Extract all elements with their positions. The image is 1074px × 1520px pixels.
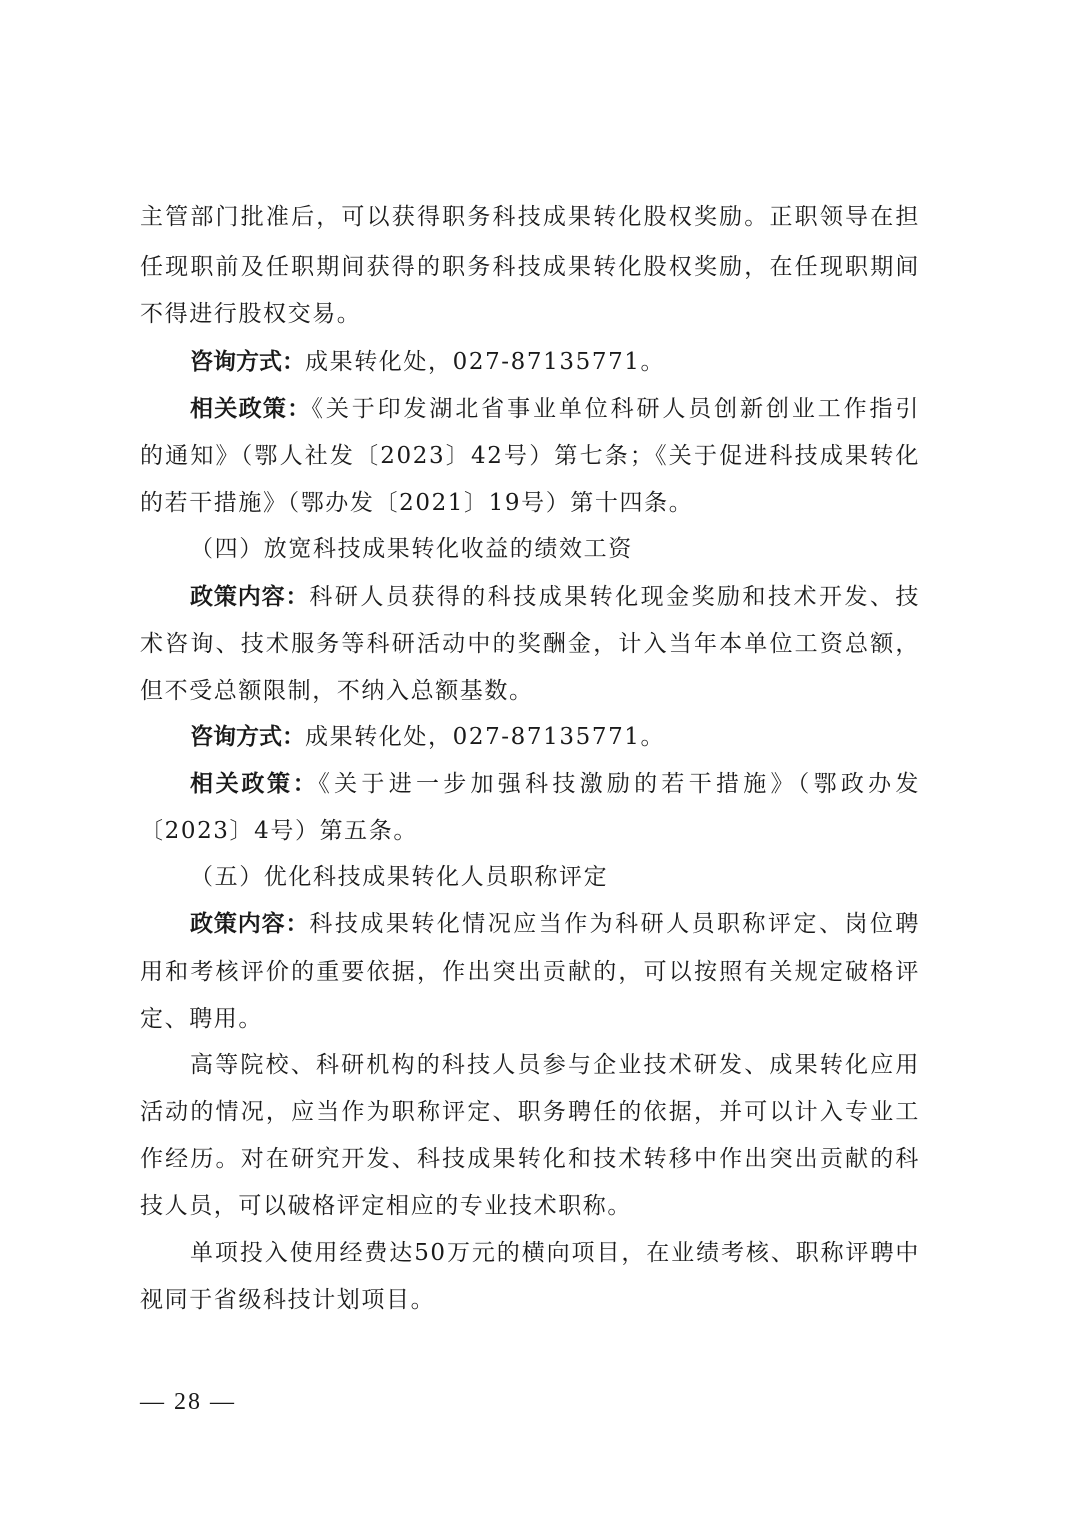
consult-value: 成果转化处，027-87135771。 xyxy=(305,724,665,750)
related-policy-value: 《关于进一步加强科技激励的若干措施》（鄂政办发 xyxy=(318,771,920,797)
policy-content-label: 政策内容： xyxy=(190,911,309,937)
policy-content-value: 科技成果转化情况应当作为科研人员职称评定、岗位聘 xyxy=(309,911,920,937)
line-text: 但不受总额限制，不纳入总额基数。 xyxy=(140,678,534,704)
line-text: 技人员，可以破格评定相应的专业技术职称。 xyxy=(140,1193,632,1219)
paragraph-line: 不得进行股权交易。 xyxy=(140,297,920,331)
policy-content-line: 政策内容：科研人员获得的科技成果转化现金奖励和技术开发、技 xyxy=(190,580,920,614)
policy-content-value: 科研人员获得的科技成果转化现金奖励和技术开发、技 xyxy=(309,584,920,610)
policy-content-label: 政策内容： xyxy=(190,584,309,610)
paragraph-line: 的通知》（鄂人社发〔2023〕42号）第七条；《关于促进科技成果转化 xyxy=(140,439,920,473)
paragraph-line: 〔2023〕4号）第五条。 xyxy=(140,814,920,848)
line-text: 任现职前及任职期间获得的职务科技成果转化股权奖励，在任现职期间 xyxy=(140,254,920,280)
line-text: 作经历。对在研究开发、科技成果转化和技术转移中作出突出贡献的科 xyxy=(140,1146,920,1172)
paragraph-line: 用和考核评价的重要依据，作出突出贡献的，可以按照有关规定破格评 xyxy=(140,955,920,989)
paragraph-line: 任现职前及任职期间获得的职务科技成果转化股权奖励，在任现职期间 xyxy=(140,250,920,284)
related-policy-line: 相关政策：《关于进一步加强科技激励的若干措施》（鄂政办发 xyxy=(190,767,920,801)
consult-contact-line: 咨询方式：成果转化处，027-87135771。 xyxy=(190,720,920,754)
related-policy-label: 相关政策： xyxy=(190,396,311,422)
line-text: 视同于省级科技计划项目。 xyxy=(140,1287,435,1313)
line-text: 术咨询、技术服务等科研活动中的奖酬金，计入当年本单位工资总额， xyxy=(140,631,920,657)
line-text: 主管部门批准后，可以获得职务科技成果转化股权奖励。正职领导在担 xyxy=(140,204,920,230)
line-text: 的若干措施》（鄂办发〔2021〕19号）第十四条。 xyxy=(140,490,693,516)
policy-content-line: 政策内容：科技成果转化情况应当作为科研人员职称评定、岗位聘 xyxy=(190,907,920,941)
line-text: 不得进行股权交易。 xyxy=(140,301,361,327)
paragraph-line: 活动的情况，应当作为职称评定、职务聘任的依据，并可以计入专业工 xyxy=(140,1095,920,1129)
paragraph-line: 单项投入使用经费达50万元的横向项目，在业绩考核、职称评聘中 xyxy=(190,1236,920,1270)
section-heading-text: （四）放宽科技成果转化收益的绩效工资 xyxy=(190,536,633,562)
line-text: 的通知》（鄂人社发〔2023〕42号）第七条；《关于促进科技成果转化 xyxy=(140,443,920,469)
document-page: 主管部门批准后，可以获得职务科技成果转化股权奖励。正职领导在担 任现职前及任职期… xyxy=(0,0,1074,1520)
line-text: 〔2023〕4号）第五条。 xyxy=(140,818,418,844)
line-text: 单项投入使用经费达50万元的横向项目，在业绩考核、职称评聘中 xyxy=(190,1240,920,1266)
section-heading-4: （四）放宽科技成果转化收益的绩效工资 xyxy=(190,532,920,566)
paragraph-line: 视同于省级科技计划项目。 xyxy=(140,1283,920,1317)
section-heading-text: （五）优化科技成果转化人员职称评定 xyxy=(190,864,608,890)
paragraph-line: 术咨询、技术服务等科研活动中的奖酬金，计入当年本单位工资总额， xyxy=(140,627,920,661)
section-heading-5: （五）优化科技成果转化人员职称评定 xyxy=(190,860,920,894)
paragraph-line: 作经历。对在研究开发、科技成果转化和技术转移中作出突出贡献的科 xyxy=(140,1142,920,1176)
related-policy-value: 《关于印发湖北省事业单位科研人员创新创业工作指引 xyxy=(311,396,920,422)
line-text: 定、聘用。 xyxy=(140,1006,263,1032)
paragraph-line: 高等院校、科研机构的科技人员参与企业技术研发、成果转化应用 xyxy=(190,1048,920,1082)
consult-value: 成果转化处，027-87135771。 xyxy=(305,349,665,375)
related-policy-label: 相关政策： xyxy=(190,771,318,797)
line-text: 用和考核评价的重要依据，作出突出贡献的，可以按照有关规定破格评 xyxy=(140,959,920,985)
paragraph-line: 技人员，可以破格评定相应的专业技术职称。 xyxy=(140,1189,920,1223)
line-text: 活动的情况，应当作为职称评定、职务聘任的依据，并可以计入专业工 xyxy=(140,1099,920,1125)
consult-contact-line: 咨询方式：成果转化处，027-87135771。 xyxy=(190,345,920,379)
related-policy-line: 相关政策：《关于印发湖北省事业单位科研人员创新创业工作指引 xyxy=(190,392,920,426)
consult-label: 咨询方式： xyxy=(190,349,305,375)
paragraph-line: 但不受总额限制，不纳入总额基数。 xyxy=(140,674,920,708)
paragraph-line: 的若干措施》（鄂办发〔2021〕19号）第十四条。 xyxy=(140,486,920,520)
paragraph-line: 主管部门批准后，可以获得职务科技成果转化股权奖励。正职领导在担 xyxy=(140,200,920,234)
paragraph-line: 定、聘用。 xyxy=(140,1002,920,1036)
line-text: 高等院校、科研机构的科技人员参与企业技术研发、成果转化应用 xyxy=(190,1052,920,1078)
page-number: — 28 — xyxy=(140,1385,236,1419)
consult-label: 咨询方式： xyxy=(190,724,305,750)
